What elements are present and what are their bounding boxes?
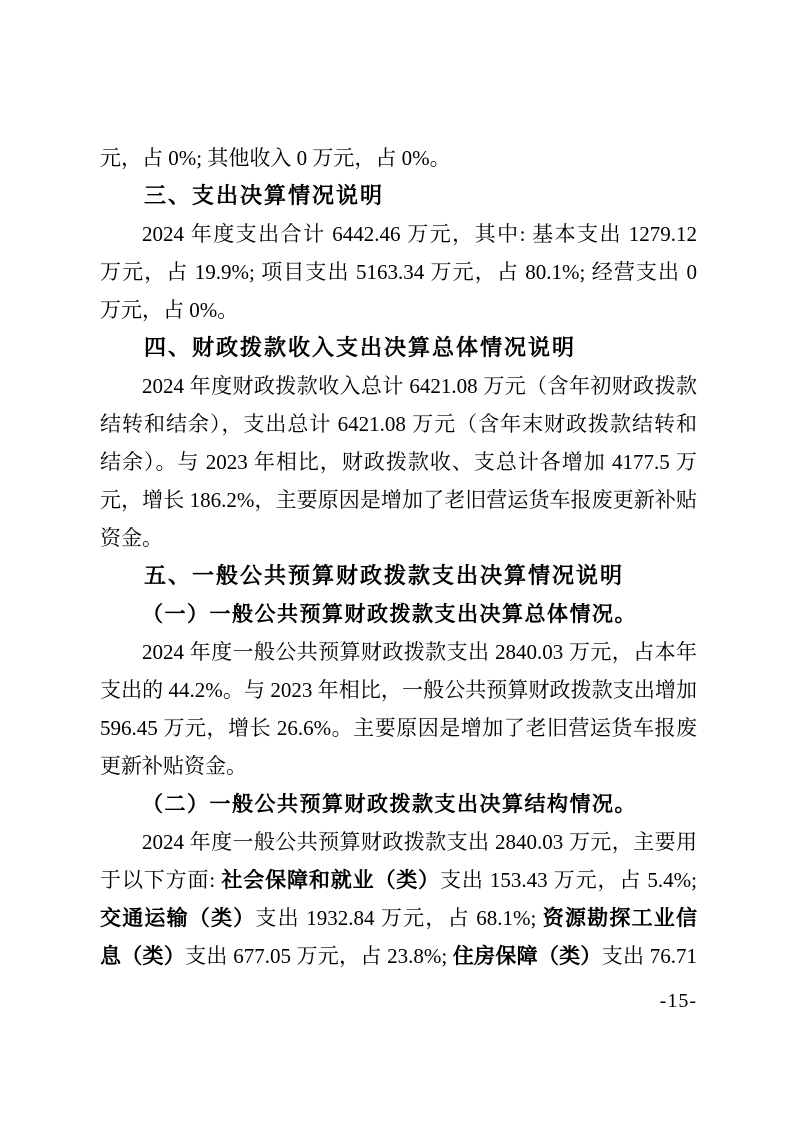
emphasis-text: 三、支出决算情况说明 <box>144 183 384 208</box>
text-segment: 支出 677.05 万元，占 23.8%; <box>185 944 453 968</box>
text-line: 结余）。与 2023 年相比，财政拨款收、支总计各增加 4177.5 万 <box>100 443 697 481</box>
text-line: 结转和结余），支出总计 6421.08 万元（含年末财政拨款结转和 <box>100 405 697 443</box>
text-line: 息（类）支出 677.05 万元，占 23.8%; 住房保障（类）支出 76.7… <box>100 937 697 975</box>
text-segment: 支出 153.43 万元，占 5.4%; <box>440 868 697 892</box>
text-segment: 支出的 44.2%。与 2023 年相比，一般公共预算财政拨款支出增加 <box>100 678 697 702</box>
document-content: 元，占 0%; 其他收入 0 万元，占 0%。三、支出决算情况说明2024 年度… <box>100 139 697 975</box>
emphasis-text: 资源勘探工业信 <box>543 906 697 930</box>
emphasis-text: 四、财政拨款收入支出决算总体情况说明 <box>144 335 576 360</box>
text-line: 元，占 0%; 其他收入 0 万元，占 0%。 <box>100 139 697 177</box>
text-segment: 2024 年度财政拨款收入总计 6421.08 万元（含年初财政拨款 <box>142 374 697 398</box>
text-segment: 结转和结余），支出总计 6421.08 万元（含年末财政拨款结转和 <box>100 412 697 436</box>
emphasis-text: 社会保障和就业（类） <box>221 868 440 892</box>
text-line: 于以下方面: 社会保障和就业（类）支出 153.43 万元，占 5.4%; <box>100 861 697 899</box>
emphasis-text: 交通运输（类） <box>100 906 255 930</box>
text-segment: 万元，占 19.9%; 项目支出 5163.34 万元，占 80.1%; 经营支… <box>100 260 697 284</box>
section-heading: 四、财政拨款收入支出决算总体情况说明 <box>100 329 697 367</box>
text-line: 2024 年度一般公共预算财政拨款支出 2840.03 万元，主要用 <box>100 823 697 861</box>
text-line: 更新补贴资金。 <box>100 747 697 785</box>
text-line: 元，增长 186.2%，主要原因是增加了老旧营运货车报废更新补贴 <box>100 481 697 519</box>
text-line: 2024 年度财政拨款收入总计 6421.08 万元（含年初财政拨款 <box>100 367 697 405</box>
text-line: 万元，占 0%。 <box>100 291 697 329</box>
emphasis-text: 住房保障（类） <box>453 944 602 968</box>
text-line: 596.45 万元，增长 26.6%。主要原因是增加了老旧营运货车报废 <box>100 709 697 747</box>
text-line: 交通运输（类）支出 1932.84 万元，占 68.1%; 资源勘探工业信 <box>100 899 697 937</box>
text-line: 万元，占 19.9%; 项目支出 5163.34 万元，占 80.1%; 经营支… <box>100 253 697 291</box>
text-segment: 于以下方面: <box>100 868 221 892</box>
section-heading: 三、支出决算情况说明 <box>100 177 697 215</box>
text-segment: 2024 年度支出合计 6442.46 万元，其中: 基本支出 1279.12 <box>142 222 697 246</box>
page-number: -15- <box>660 990 697 1012</box>
text-segment: 资金。 <box>100 526 163 550</box>
text-segment: 596.45 万元，增长 26.6%。主要原因是增加了老旧营运货车报废 <box>100 716 697 740</box>
text-segment: 万元，占 0%。 <box>100 298 238 322</box>
text-line: 支出的 44.2%。与 2023 年相比，一般公共预算财政拨款支出增加 <box>100 671 697 709</box>
text-segment: 结余）。与 2023 年相比，财政拨款收、支总计各增加 4177.5 万 <box>100 450 697 474</box>
text-segment: 支出 76.71 <box>602 944 697 968</box>
section-heading: （一）一般公共预算财政拨款支出决算总体情况。 <box>100 595 697 633</box>
emphasis-text: （二）一般公共预算财政拨款支出决算结构情况。 <box>142 792 637 816</box>
text-segment: 元，增长 186.2%，主要原因是增加了老旧营运货车报废更新补贴 <box>100 488 697 512</box>
text-line: 2024 年度支出合计 6442.46 万元，其中: 基本支出 1279.12 <box>100 215 697 253</box>
text-segment: 2024 年度一般公共预算财政拨款支出 2840.03 万元，主要用 <box>142 830 697 854</box>
text-line: 2024 年度一般公共预算财政拨款支出 2840.03 万元，占本年 <box>100 633 697 671</box>
text-segment: 2024 年度一般公共预算财政拨款支出 2840.03 万元，占本年 <box>142 640 697 664</box>
text-segment: 更新补贴资金。 <box>100 754 247 778</box>
section-heading: （二）一般公共预算财政拨款支出决算结构情况。 <box>100 785 697 823</box>
document-page: 元，占 0%; 其他收入 0 万元，占 0%。三、支出决算情况说明2024 年度… <box>0 0 793 1122</box>
emphasis-text: （一）一般公共预算财政拨款支出决算总体情况。 <box>142 602 637 626</box>
text-segment: 支出 1932.84 万元，占 68.1%; <box>255 906 542 930</box>
text-line: 资金。 <box>100 519 697 557</box>
section-heading: 五、一般公共预算财政拨款支出决算情况说明 <box>100 557 697 595</box>
emphasis-text: 息（类） <box>100 944 185 968</box>
emphasis-text: 五、一般公共预算财政拨款支出决算情况说明 <box>144 563 624 588</box>
text-segment: 元，占 0%; 其他收入 0 万元，占 0%。 <box>100 146 451 170</box>
